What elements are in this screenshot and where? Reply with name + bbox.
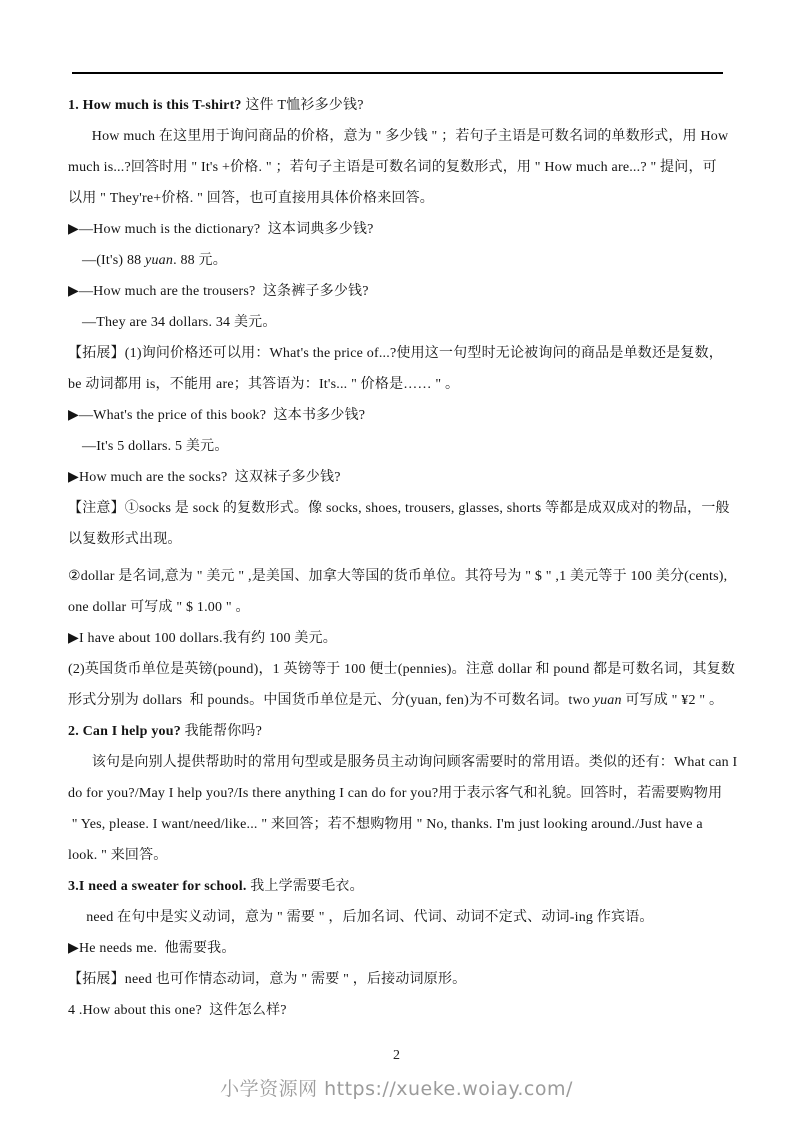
italic-text: yuan <box>145 253 173 268</box>
text-line: 1. How much is this T-shirt? 这件 T恤衫多少钱? <box>68 90 730 121</box>
body-text: do for you?/May I help you?/Is there any… <box>68 786 722 801</box>
text-line: 以复数形式出现。 <box>68 524 730 555</box>
body-text: —(It's) 88 <box>82 253 145 268</box>
body-text: 4 .How about this one? 这件怎么样? <box>68 1003 287 1018</box>
heading-text: 2. Can I help you? <box>68 724 181 739</box>
body-text: 以复数形式出现。 <box>68 532 182 547</box>
body-text: ▶How much are the socks? 这双袜子多少钱? <box>68 470 341 485</box>
text-line: —It's 5 dollars. 5 美元。 <box>68 431 730 462</box>
text-line: ▶—How much is the dictionary? 这本词典多少钱? <box>68 214 730 245</box>
body-text: 可写成 " ¥2 " 。 <box>622 693 724 708</box>
body-text: 形式分别为 dollars 和 pounds。中国货币单位是元、分(yuan, … <box>68 693 594 708</box>
watermark: 小学资源网 https://xueke.woiay.com/ <box>0 1074 793 1101</box>
body-text: 【注意】①socks 是 sock 的复数形式。像 socks, shoes, … <box>68 501 730 516</box>
body-text: ▶—How much is the dictionary? 这本词典多少钱? <box>68 222 374 237</box>
body-text: 该句是向别人提供帮助时的常用句型或是服务员主动询问顾客需要时的常用语。类似的还有… <box>92 755 738 770</box>
body-text: . 88 元。 <box>173 253 227 268</box>
body-text: one dollar 可写成 " $ 1.00 " 。 <box>68 600 250 615</box>
text-line: ②dollar 是名词,意为 " 美元 " ,是美国、加拿大等国的货币单位。其符… <box>68 561 730 592</box>
body-text: 我上学需要毛衣。 <box>247 879 364 894</box>
body-text: 这件 T恤衫多少钱? <box>242 98 364 113</box>
heading-text: 3.I need a sweater for school. <box>68 879 247 894</box>
text-line: 该句是向别人提供帮助时的常用句型或是服务员主动询问顾客需要时的常用语。类似的还有… <box>68 747 730 778</box>
text-line: 形式分别为 dollars 和 pounds。中国货币单位是元、分(yuan, … <box>68 685 730 716</box>
body-text: 我能帮你吗? <box>181 724 262 739</box>
text-line: How much 在这里用于询问商品的价格，意为 " 多少钱 " ；若句子主语是… <box>68 121 730 152</box>
text-line: 3.I need a sweater for school. 我上学需要毛衣。 <box>68 871 730 902</box>
text-line: one dollar 可写成 " $ 1.00 " 。 <box>68 592 730 623</box>
text-line: look. " 来回答。 <box>68 840 730 871</box>
text-line: 【注意】①socks 是 sock 的复数形式。像 socks, shoes, … <box>68 493 730 524</box>
header-rule <box>72 72 723 74</box>
text-line: 2. Can I help you? 我能帮你吗? <box>68 716 730 747</box>
text-line: need 在句中是实义动词，意为 " 需要 " ，后加名词、代词、动词不定式、动… <box>68 902 730 933</box>
text-line: 以用 " They're+价格. " 回答，也可直接用具体价格来回答。 <box>68 183 730 214</box>
text-line: 【拓展】(1)询问价格还可以用：What's the price of...?使… <box>68 338 730 369</box>
text-line: ▶How much are the socks? 这双袜子多少钱? <box>68 462 730 493</box>
body-text: 【拓展】(1)询问价格还可以用：What's the price of...?使… <box>68 346 723 361</box>
body-text: (2)英国货币单位是英镑(pound)，1 英镑等于 100 便士(pennie… <box>68 662 735 677</box>
document-page: 1. How much is this T-shirt? 这件 T恤衫多少钱?H… <box>0 0 793 1122</box>
body-text: ▶—How much are the trousers? 这条裤子多少钱? <box>68 284 369 299</box>
text-line: ▶He needs me. 他需要我。 <box>68 933 730 964</box>
body-text: How much 在这里用于询问商品的价格，意为 " 多少钱 " ；若句子主语是… <box>92 129 728 144</box>
body-text: need 在句中是实义动词，意为 " 需要 " ，后加名词、代词、动词不定式、动… <box>86 910 653 925</box>
body-text: be 动词都用 is，不能用 are；其答语为：It's... " 价格是…… … <box>68 377 459 392</box>
body-text: —It's 5 dollars. 5 美元。 <box>82 439 229 454</box>
text-line: —They are 34 dollars. 34 美元。 <box>68 307 730 338</box>
italic-text: yuan <box>594 693 622 708</box>
page-number: 2 <box>0 1048 793 1064</box>
text-line: much is...?回答时用 " It's +价格. " ；若句子主语是可数名… <box>68 152 730 183</box>
body-text: ▶He needs me. 他需要我。 <box>68 941 236 956</box>
text-line: 【拓展】need 也可作情态动词，意为 " 需要 " ，后接动词原形。 <box>68 964 730 995</box>
text-line: ▶I have about 100 dollars.我有约 100 美元。 <box>68 623 730 654</box>
text-line: do for you?/May I help you?/Is there any… <box>68 778 730 809</box>
text-line: —(It's) 88 yuan. 88 元。 <box>68 245 730 276</box>
text-line: (2)英国货币单位是英镑(pound)，1 英镑等于 100 便士(pennie… <box>68 654 730 685</box>
document-body: 1. How much is this T-shirt? 这件 T恤衫多少钱?H… <box>68 90 730 1026</box>
body-text: ▶—What's the price of this book? 这本书多少钱? <box>68 408 365 423</box>
body-text: —They are 34 dollars. 34 美元。 <box>82 315 277 330</box>
heading-text: 1. How much is this T-shirt? <box>68 98 242 113</box>
body-text: " Yes, please. I want/need/like... " 来回答… <box>68 817 703 832</box>
body-text: 以用 " They're+价格. " 回答，也可直接用具体价格来回答。 <box>68 191 434 206</box>
text-line: 4 .How about this one? 这件怎么样? <box>68 995 730 1026</box>
body-text: look. " 来回答。 <box>68 848 168 863</box>
text-line: ▶—What's the price of this book? 这本书多少钱? <box>68 400 730 431</box>
text-line: be 动词都用 is，不能用 are；其答语为：It's... " 价格是…… … <box>68 369 730 400</box>
body-text: ②dollar 是名词,意为 " 美元 " ,是美国、加拿大等国的货币单位。其符… <box>68 569 727 584</box>
text-line: " Yes, please. I want/need/like... " 来回答… <box>68 809 730 840</box>
text-line: ▶—How much are the trousers? 这条裤子多少钱? <box>68 276 730 307</box>
body-text: ▶I have about 100 dollars.我有约 100 美元。 <box>68 631 337 646</box>
body-text: much is...?回答时用 " It's +价格. " ；若句子主语是可数名… <box>68 160 717 175</box>
body-text: 【拓展】need 也可作情态动词，意为 " 需要 " ，后接动词原形。 <box>68 972 466 987</box>
